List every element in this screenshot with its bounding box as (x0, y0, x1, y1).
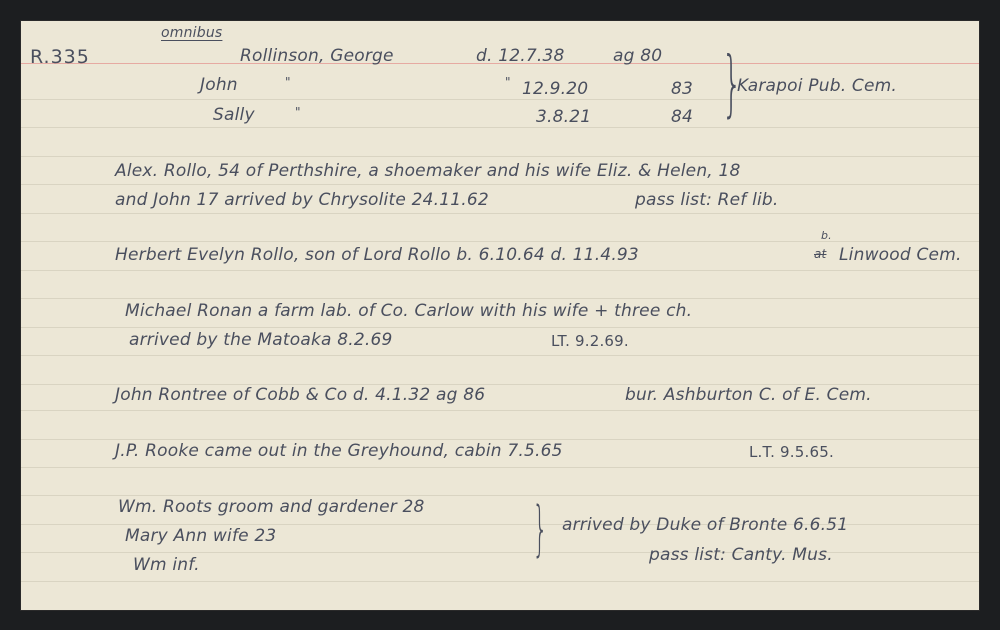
burial-place: Linwood Cem. (839, 245, 962, 265)
entry-age: ag 80 (613, 46, 662, 66)
rule-line (21, 99, 979, 100)
entry-death-date: d. 12.7.38 (476, 46, 565, 66)
ditto-mark: " (295, 105, 301, 119)
rule-line (21, 410, 979, 411)
rule-line (21, 355, 979, 356)
rule-line (21, 552, 979, 553)
entry-death-date: 12.9.20 (522, 79, 588, 99)
entry-name: Sally (213, 105, 255, 125)
entry-line: Wm inf. (133, 555, 200, 575)
rule-line (21, 213, 979, 214)
entry-name: Rollinson, George (240, 46, 394, 66)
category-label: omnibus (161, 25, 222, 41)
entry-age: 83 (671, 79, 693, 99)
entry-line: Alex. Rollo, 54 of Perthshire, a shoemak… (115, 161, 741, 181)
entry-line: arrived by Duke of Bronte 6.6.51 (562, 515, 848, 535)
rule-line (21, 495, 979, 496)
rule-line (21, 581, 979, 582)
entry-line: Mary Ann wife 23 (125, 526, 276, 546)
ref-number: R.335 (30, 46, 90, 68)
entry-line: arrived by the Matoaka 8.2.69 (129, 330, 393, 350)
entry-line: Michael Ronan a farm lab. of Co. Carlow … (125, 301, 692, 321)
rule-line (21, 270, 979, 271)
struck-text: at (814, 247, 826, 261)
entry-death-date: 3.8.21 (536, 107, 591, 127)
rule-line (21, 241, 979, 242)
burial-place: Karapoi Pub. Cem. (737, 76, 897, 96)
entry-source: pass list: Canty. Mus. (649, 545, 833, 565)
entry-line: and John 17 arrived by Chrysolite 24.11.… (115, 190, 489, 210)
insertion-mark: b. (821, 229, 832, 242)
rule-line (21, 439, 979, 440)
entry-age: 84 (671, 107, 693, 127)
rule-line (21, 127, 979, 128)
rule-line (21, 327, 979, 328)
entry-line: J.P. Rooke came out in the Greyhound, ca… (115, 441, 563, 461)
entry-line: Herbert Evelyn Rollo, son of Lord Rollo … (115, 245, 639, 265)
rule-line (21, 184, 979, 185)
entry-source: LT. 9.2.69. (551, 332, 629, 350)
entry-source: L.T. 9.5.65. (749, 443, 834, 461)
rule-line (21, 156, 979, 157)
rule-line (21, 298, 979, 299)
rule-line (21, 467, 979, 468)
burial-place: bur. Ashburton C. of E. Cem. (625, 385, 872, 405)
entry-line: Wm. Roots groom and gardener 28 (118, 497, 425, 517)
entry-name: John (200, 75, 238, 95)
entry-line: John Rontree of Cobb & Co d. 4.1.32 ag 8… (115, 385, 485, 405)
ditto-mark: " (285, 75, 291, 89)
ditto-mark: " (505, 75, 511, 89)
group-brace: } (532, 499, 547, 559)
entry-source: pass list: Ref lib. (635, 190, 779, 210)
index-card: R.335 omnibus Rollinson, George d. 12.7.… (21, 21, 979, 610)
